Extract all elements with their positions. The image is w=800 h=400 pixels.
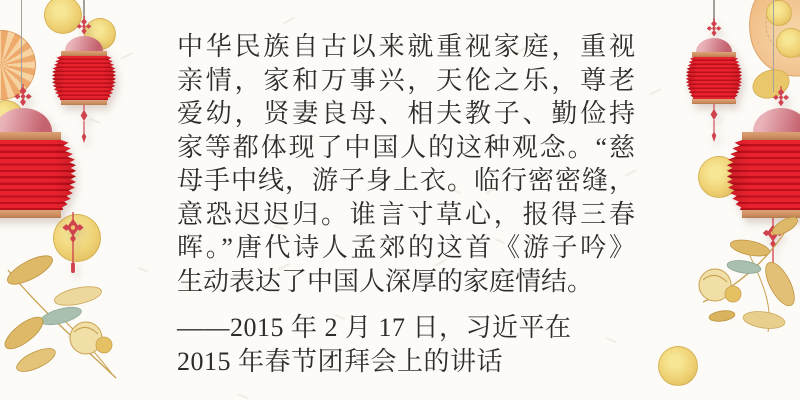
gold-coin — [776, 28, 800, 58]
lantern-cap — [692, 52, 736, 57]
quote-line: 中华民族自古以来就重视家庭，重视 — [177, 30, 635, 64]
lantern-knot-icon — [76, 16, 92, 36]
lantern-body — [0, 140, 76, 210]
quote-line: 爱幼，贤妻良母、相夫教子、勤俭持 — [177, 97, 635, 131]
quote-line: 家等都体现了中国人的这种观念。“慈 — [177, 131, 635, 165]
lantern-cap — [0, 132, 61, 140]
quote-text-block: 中华民族自古以来就重视家庭，重视 亲情，家和万事兴，天伦之乐，尊老 爱幼，贤妻良… — [177, 30, 635, 298]
quote-line: 意恐迟迟归。谁言寸草心，报得三春 — [177, 198, 635, 232]
lantern-body — [727, 140, 800, 210]
attribution-block: ——2015 年 2 月 17 日，习近平在 2015 年春节团拜会上的讲话 — [177, 311, 647, 378]
lantern-dome — [0, 108, 52, 132]
attribution-line: 2015 年春节团拜会上的讲话 — [177, 345, 647, 379]
leaf-branch-bottom-left — [0, 248, 124, 383]
gold-coin — [658, 346, 698, 386]
paper-texture — [120, 52, 132, 60]
lantern-string — [21, 0, 23, 92]
quote-line: 亲情，家和万事兴，天伦之乐，尊老 — [177, 64, 635, 98]
quote-line: 生动表达了中国人深厚的家庭情结。 — [177, 265, 635, 299]
lantern-body — [52, 56, 116, 100]
lantern-cap — [61, 51, 107, 56]
paper-lantern-large-right — [727, 86, 800, 218]
leaf-branch-bottom-right — [688, 212, 800, 340]
paper-lantern-small-left — [52, 16, 116, 105]
lantern-tassel-icon — [74, 105, 94, 143]
gold-coin — [766, 0, 792, 26]
lantern-cap — [0, 210, 61, 218]
lantern-dome — [753, 108, 800, 132]
lantern-knot-icon — [13, 84, 33, 108]
quote-line: 母手中线，游子身上衣。临行密密缝， — [177, 164, 635, 198]
lantern-tassel-icon — [704, 104, 724, 142]
attribution-line: ——2015 年 2 月 17 日，习近平在 — [177, 311, 647, 345]
lantern-cap — [742, 132, 800, 140]
quote-line: 晖。”唐代诗人孟郊的这首《游子吟》 — [177, 231, 635, 265]
lantern-string — [773, 0, 775, 92]
lantern-dome — [696, 38, 732, 52]
lantern-knot-icon — [706, 18, 722, 38]
lantern-knot-icon — [771, 86, 791, 108]
new-year-quote-poster: 中华民族自古以来就重视家庭，重视 亲情，家和万事兴，天伦之乐，尊老 爱幼，贤妻良… — [0, 0, 800, 400]
lantern-dome — [65, 36, 103, 51]
